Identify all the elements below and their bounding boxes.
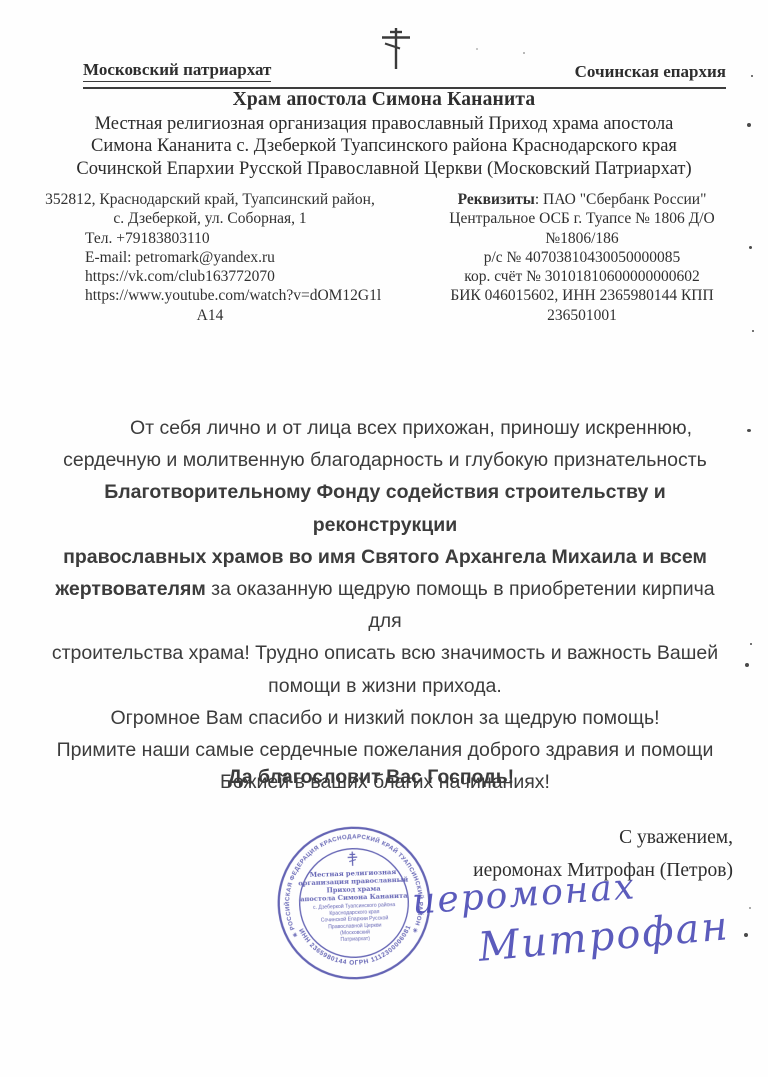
scan-speck [476, 48, 478, 50]
text-line: БИК 046015602, ИНН 2365980144 КПП [424, 286, 740, 305]
text-line: Центральное ОСБ г. Туапсе № 1806 Д/О [424, 209, 740, 228]
scan-speck [523, 52, 525, 54]
text-line: Реквизиты: ПАО "Сбербанк России" [424, 190, 740, 209]
text-line: Симона Кананита с. Дзеберкой Туапсинског… [0, 135, 768, 157]
scan-speck [749, 246, 752, 249]
scan-speck [744, 933, 748, 937]
text-line: с. Дзеберкой, ул. Соборная, 1 [20, 209, 400, 228]
text-line: Тел. +79183803110 [20, 229, 400, 248]
text-line: A14 [20, 306, 400, 325]
letter-body: От себя лично и от лица всех прихожан, п… [38, 412, 732, 798]
scan-speck [751, 75, 753, 77]
text-line: православных храмов во имя Святого Архан… [38, 541, 732, 573]
scan-speck [752, 330, 754, 332]
eparchy-name: Сочинская епархия [575, 62, 726, 82]
bank-requisites-block: Реквизиты: ПАО "Сбербанк России"Централь… [424, 190, 740, 325]
scan-speck [749, 907, 751, 909]
scan-speck [750, 643, 752, 645]
text-line: 352812, Краснодарский край, Туапсинский … [20, 190, 400, 209]
text-line: 236501001 [424, 306, 740, 325]
letterhead: Московский патриархат Сочинская епархия [83, 60, 726, 89]
text-line: https://vk.com/club163772070 [20, 267, 400, 286]
closing-salutation: С уважением, [473, 822, 733, 855]
text-line: сердечную и молитвенную благодарность и … [38, 444, 732, 476]
text-line: Местная религиозная организация правосла… [0, 113, 768, 135]
text-line: E-mail: petromark@yandex.ru [20, 248, 400, 267]
stamp-center-line: (Московский [340, 928, 370, 936]
scanned-letter-page: Московский патриархат Сочинская епархия … [0, 0, 768, 1077]
text-line: Огромное Вам спасибо и низкий поклон за … [38, 702, 732, 734]
scan-speck [747, 123, 751, 127]
text-line: строительства храма! Трудно описать всю … [38, 637, 732, 669]
text-line: жертвователям за оказанную щедрую помощь… [38, 573, 732, 637]
organization-subtitle: Местная религиозная организация правосла… [0, 113, 768, 180]
text-line: https://www.youtube.com/watch?v=dOM12G1l [20, 286, 400, 305]
stamp-cross-icon [347, 851, 357, 866]
patriarchate-name: Московский патриархат [83, 60, 271, 82]
contact-info-block: 352812, Краснодарский край, Туапсинский … [20, 190, 400, 325]
text-line: Примите наши самые сердечные пожелания д… [38, 734, 732, 766]
scan-speck [747, 429, 751, 432]
blessing-line: Да благословит Вас Господь! [0, 766, 742, 789]
text-line: Сочинской Епархии Русской Православной Ц… [0, 158, 768, 180]
text-line: №1806/186 [424, 229, 740, 248]
text-line: р/с № 40703810430050000085 [424, 248, 740, 267]
text-line: Благотворительному Фонду содействия стро… [38, 476, 732, 540]
text-line: От себя лично и от лица всех прихожан, п… [38, 412, 732, 444]
stamp-center-line: Патриархат) [340, 936, 370, 943]
church-title: Храм апостола Симона Кананита [0, 89, 768, 111]
scan-speck [745, 663, 749, 667]
text-line: кор. счёт № 30101810600000000602 [424, 267, 740, 286]
text-line: помощи в жизни прихода. [38, 670, 732, 702]
